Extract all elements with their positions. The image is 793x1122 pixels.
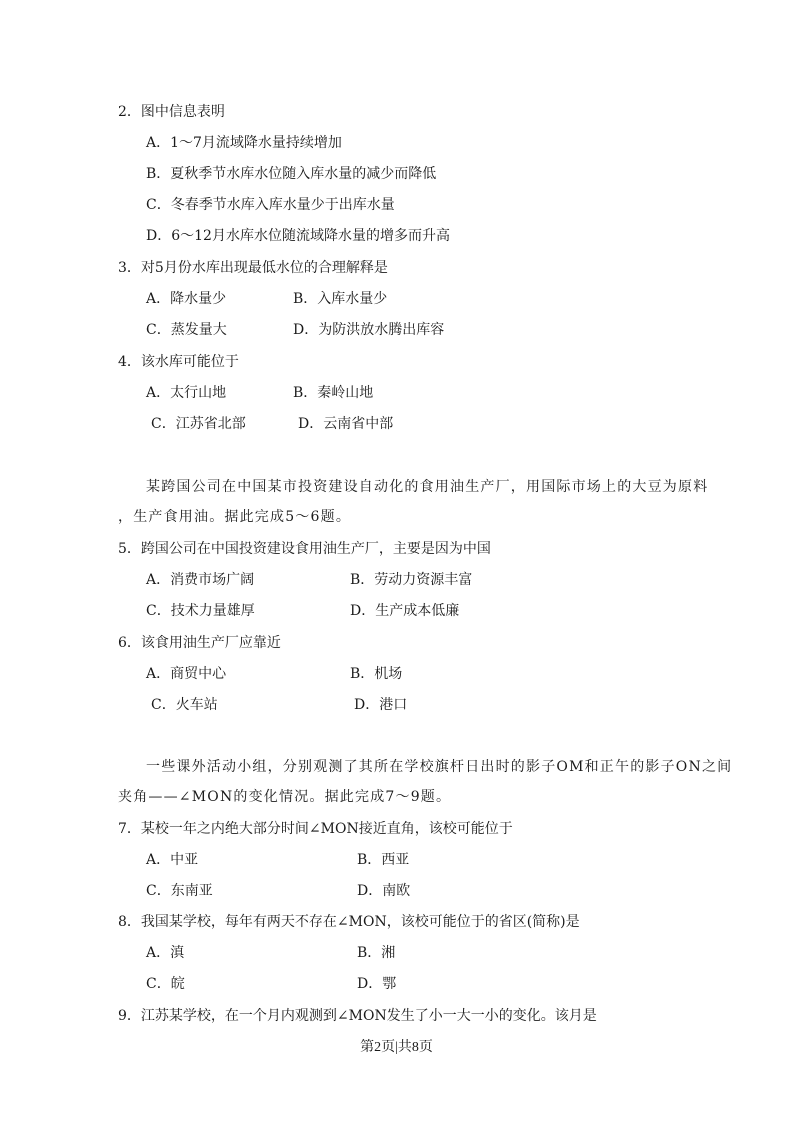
question-6-option-a: A．商贸中心 bbox=[146, 665, 226, 683]
question-4-stem: 4．该水库可能位于 bbox=[118, 353, 239, 371]
passage-shadow-line2: 夹角——∠MON的变化情况。据此完成7～9题。 bbox=[118, 788, 451, 806]
question-6-option-b: B．机场 bbox=[350, 665, 402, 683]
question-7-option-b: B．西亚 bbox=[357, 851, 409, 869]
question-2-option-d: D．6～12月水库水位随流域降水量的增多而升高 bbox=[146, 227, 450, 245]
passage-soybean-line1: 某跨国公司在中国某市投资建设自动化的食用油生产厂，用国际市场上的大豆为原料 bbox=[146, 478, 708, 496]
question-4-option-a: A．太行山地 bbox=[146, 384, 226, 402]
page-footer: 第2页|共8页 bbox=[0, 1039, 793, 1057]
question-4-option-d: D．云南省中部 bbox=[298, 415, 393, 433]
question-2-option-c: C．冬春季节水库入库水量少于出库水量 bbox=[146, 196, 395, 214]
question-3-option-a: A．降水量少 bbox=[146, 290, 226, 308]
question-3-option-b: B．入库水量少 bbox=[293, 290, 387, 308]
question-7-option-a: A．中亚 bbox=[146, 851, 198, 869]
question-7-stem: 7．某校一年之内绝大部分时间∠MON接近直角，该校可能位于 bbox=[118, 820, 513, 838]
question-8-option-a: A．滇 bbox=[146, 944, 184, 962]
question-4-option-c: C．江苏省北部 bbox=[151, 415, 246, 433]
question-2-option-b: B．夏秋季节水库水位随入库水量的减少而降低 bbox=[146, 165, 436, 183]
question-8-stem: 8．我国某学校，每年有两天不存在∠MON，该校可能位于的省区(简称)是 bbox=[118, 913, 580, 931]
passage-soybean-line2: ，生产食用油。据此完成5～6题。 bbox=[118, 508, 351, 526]
question-8-option-b: B．湘 bbox=[357, 944, 395, 962]
question-5-option-d: D．生产成本低廉 bbox=[350, 602, 459, 620]
question-6-option-c: C．火车站 bbox=[151, 696, 218, 714]
question-2-option-a: A．1～7月流域降水量持续增加 bbox=[146, 134, 342, 152]
question-5-option-a: A．消费市场广阔 bbox=[146, 571, 254, 589]
question-3-option-d: D．为防洪放水腾出库容 bbox=[293, 321, 444, 339]
question-8-option-c: C．皖 bbox=[146, 975, 185, 993]
question-5-stem: 5．跨国公司在中国投资建设食用油生产厂，主要是因为中国 bbox=[118, 540, 491, 558]
question-8-option-d: D．鄂 bbox=[357, 975, 396, 993]
question-4-option-b: B．秦岭山地 bbox=[293, 384, 373, 402]
question-6-stem: 6．该食用油生产厂应靠近 bbox=[118, 634, 281, 652]
question-3-stem: 3．对5月份水库出现最低水位的合理解释是 bbox=[118, 259, 388, 277]
question-2-stem: 2．图中信息表明 bbox=[118, 103, 225, 121]
question-7-option-d: D．南欧 bbox=[357, 882, 410, 900]
question-6-option-d: D．港口 bbox=[354, 696, 407, 714]
question-9-stem: 9．江苏某学校，在一个月内观测到∠MON发生了小一大一小的变化。该月是 bbox=[118, 1007, 597, 1025]
question-5-option-c: C．技术力量雄厚 bbox=[146, 602, 255, 620]
question-5-option-b: B．劳动力资源丰富 bbox=[350, 571, 472, 589]
question-7-option-c: C．东南亚 bbox=[146, 882, 213, 900]
question-3-option-c: C．蒸发量大 bbox=[146, 321, 227, 339]
passage-shadow-line1: 一些课外活动小组，分别观测了其所在学校旗杆日出时的影子OM和正午的影子ON之间 bbox=[146, 758, 732, 776]
